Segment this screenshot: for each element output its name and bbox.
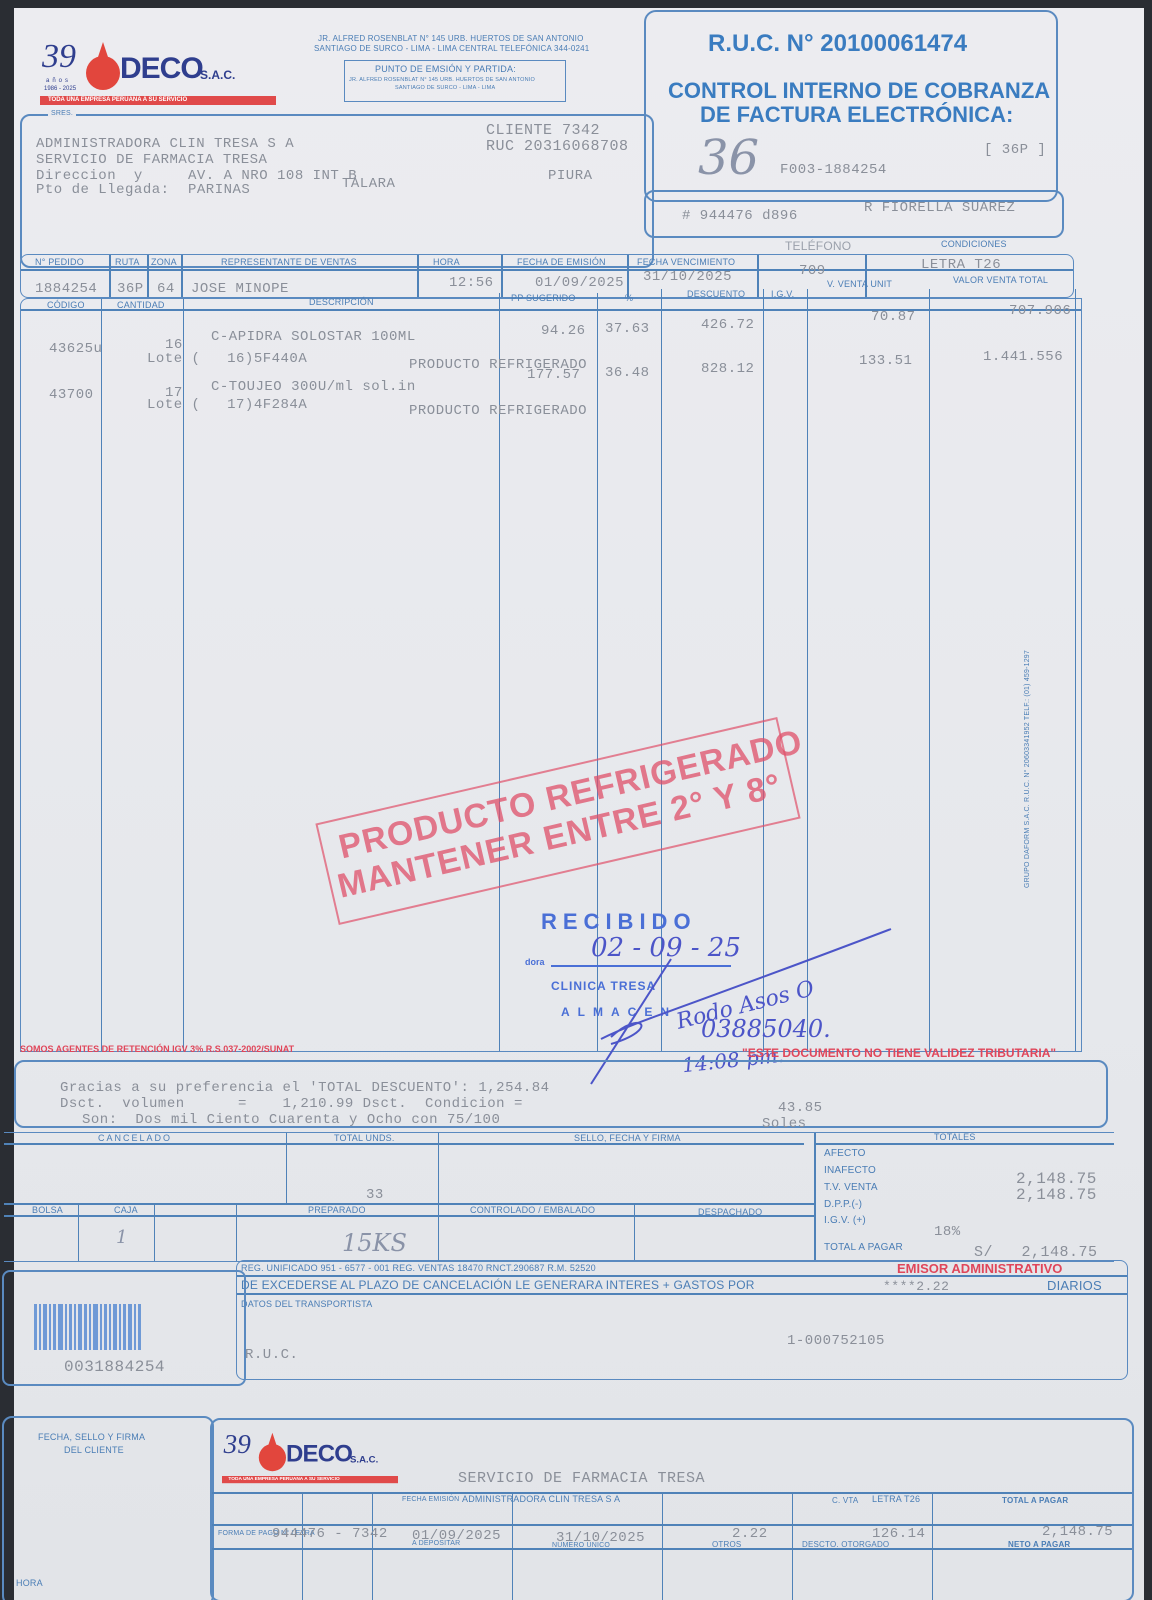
client-ruc: RUC 20316068708 (486, 138, 629, 155)
items-table: CÓDIGO CANTIDAD DESCRIPCIÓN PP SUGERIDO … (20, 298, 1082, 1052)
meta-header: N° PEDIDO RUTA ZONA REPRESENTANTE DE VEN… (20, 254, 1074, 298)
summary-box: Gracias a su preferencia el 'TOTAL DESCU… (14, 1060, 1108, 1128)
interest-value: ****2.22 (883, 1279, 949, 1294)
arrival-point: PARINAS (188, 182, 250, 198)
barcode-number: 0031884254 (64, 1358, 165, 1376)
stub-net-total: 2,148.75 (1042, 1524, 1113, 1540)
contact-box: # 944476 d896 R FIORELLA SUAREZ (644, 190, 1064, 238)
interest-notice: DE EXCEDERSE AL PLAZO DE CANCELACIÓN LE … (241, 1278, 755, 1292)
dpp-value: 2,148.75 (1016, 1186, 1097, 1204)
conditions: LETRA T26 (921, 257, 1001, 273)
barcode-icon (34, 1304, 141, 1350)
due-date: 31/10/2025 (643, 269, 732, 285)
route: 36P (117, 281, 144, 297)
handwritten-number: 36 (698, 130, 759, 186)
transport-ruc-label: R.U.C. (245, 1347, 298, 1363)
client-name-2: SERVICIO DE FARMACIA TRESA (36, 152, 267, 168)
client-box: SRES. ADMINISTRADORA CLIN TRESA S A SERV… (20, 114, 654, 268)
contact-name: R FIORELLA SUAREZ (864, 200, 1015, 216)
payment-stub: 39 DECO S.A.C. TODA UNA EMPRESA PERUANA … (210, 1418, 1134, 1600)
company-address-2: SANTIAGO DE SURCO - LIMA - LIMA CENTRAL … (314, 44, 589, 53)
client-region: PIURA (548, 168, 593, 184)
sales-rep: JOSE MINOPE (191, 281, 289, 297)
company-logo: 39 años 1986 - 2025 DECO S.A.C. TODA UNA… (40, 36, 270, 106)
prepared-by: 15KS (342, 1229, 407, 1257)
ruc-box: R.U.C. N° 20100061474 CONTROL INTERNO DE… (644, 10, 1058, 202)
retention-notice: SOMOS AGENTES DE RETENCIÓN IGV 3% R.S.03… (20, 1044, 294, 1054)
refrigerated-stamp: PRODUCTO REFRIGERADO MANTENER ENTRE 2° Y… (315, 717, 800, 925)
logo-years: 39 (42, 38, 76, 76)
handwritten-id: 03885040. (701, 1015, 831, 1043)
summary-volume: Dsct. volumen = 1,210.99 Dsct. Condicion… (60, 1096, 523, 1112)
company-address-1: JR. ALFRED ROSENBLAT N° 145 URB. HUERTOS… (318, 34, 584, 43)
stub-client-name: SERVICIO DE FARMACIA TRESA (458, 1470, 705, 1487)
logo-drop-icon (86, 56, 120, 90)
no-validity-notice: "ESTE DOCUMENTO NO TIENE VALIDEZ TRIBUTA… (742, 1046, 1056, 1060)
doc-title-1: CONTROL INTERNO DE COBRANZA (668, 78, 1050, 104)
total-to-pay: S/ 2,148.75 (974, 1244, 1098, 1261)
totals-panel: TOTALES AFECTO INAFECTO T.V. VENTA D.P.P… (814, 1132, 1114, 1260)
emission-point-box: PUNTO DE EMSIÓN Y PARTIDA: JR. ALFRED RO… (344, 60, 566, 102)
issue-time: 12:56 (449, 275, 494, 291)
printer-side-note: GRUPO DAFORM S.A.C. R.U.C. N° 2060334195… (1024, 650, 1031, 888)
barcode-box: 0031884254 (2, 1270, 246, 1386)
ruc-number: R.U.C. N° 20100061474 (708, 30, 967, 58)
phone: 709 (799, 263, 826, 279)
doc-title-2: DE FACTURA ELECTRÓNICA: (700, 102, 1013, 128)
igv-value: 18% (934, 1224, 961, 1240)
issuer-label: EMISOR ADMINISTRATIVO (897, 1261, 1062, 1276)
bottom-info: REG. UNIFICADO 951 - 6577 - 001 REG. VEN… (236, 1260, 1128, 1380)
transport-reference: 1-000752105 (787, 1333, 885, 1349)
client-name-1: ADMINISTRADORA CLIN TRESA S A (36, 136, 294, 152)
zone: 64 (157, 281, 175, 297)
total-units: 33 (366, 1187, 384, 1203)
phone-line: # 944476 d896 (682, 208, 798, 224)
stub-logo: 39 DECO S.A.C. TODA UNA EMPRESA PERUANA … (222, 1428, 366, 1473)
logo-tagline: TODA UNA EMPRESA PERUANA A SU SERVICIO (40, 96, 276, 105)
client-signature-box: FECHA, SELLO Y FIRMA DEL CLIENTE HORA (2, 1416, 214, 1600)
route-code: [ 36P ] (984, 142, 1046, 158)
summary-discount: Gracias a su preferencia el 'TOTAL DESCU… (60, 1080, 550, 1096)
registration-line: REG. UNIFICADO 951 - 6577 - 001 REG. VEN… (241, 1263, 596, 1273)
issue-date: 01/09/2025 (535, 275, 624, 291)
client-code: CLIENTE 7342 (486, 122, 600, 139)
client-city: TALARA (342, 176, 395, 192)
order-number: 1884254 (35, 281, 97, 297)
amount-in-words: Son: Dos mil Ciento Cuarenta y Ocho con … (82, 1112, 500, 1128)
invoice-sheet: 39 años 1986 - 2025 DECO S.A.C. TODA UNA… (14, 8, 1144, 1600)
invoice-number: F003-1884254 (780, 162, 887, 178)
box-count: 1 (116, 1227, 127, 1248)
